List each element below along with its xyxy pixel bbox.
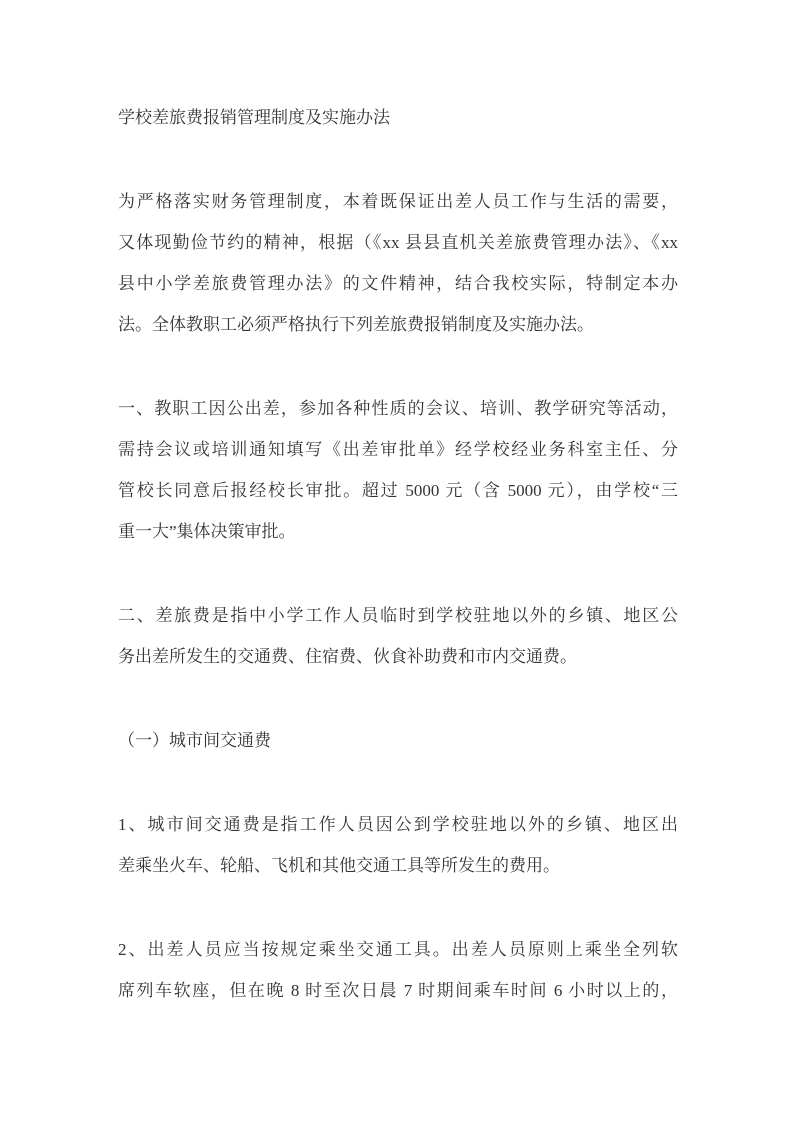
paragraph-line: 席列车软座，但在晚 8 时至次日晨 7 时期间乘车时间 6 小时以上的， [118,970,678,1011]
paragraph-line: 务出差所发生的交通费、住宿费、伙食补助费和市内交通费。 [118,636,678,677]
paragraph-intro: 为严格落实财务管理制度，本着既保证出差人员工作与生活的需要， 又体现勤俭节约的精… [118,181,678,345]
paragraph-line: 二、差旅费是指中小学工作人员临时到学校驻地以外的乡镇、地区公 [118,595,678,636]
paragraph-line: 1、城市间交通费是指工作人员因公到学校驻地以外的乡镇、地区出 [118,804,678,845]
paragraph-line: 县中小学差旅费管理办法》的文件精神，结合我校实际，特制定本办 [118,263,678,304]
paragraph-line: 又体现勤俭节约的精神，根据（《xx 县县直机关差旅费管理办法》、《xx [118,222,678,263]
paragraph-line: 需持会议或培训通知填写《出差审批单》经学校经业务科室主任、分 [118,429,678,470]
document-title-block: 学校差旅费报销管理制度及实施办法 [118,97,678,138]
document-page: 学校差旅费报销管理制度及实施办法 为严格落实财务管理制度，本着既保证出差人员工作… [0,0,793,1122]
paragraph-line: 为严格落实财务管理制度，本着既保证出差人员工作与生活的需要， [118,181,678,222]
paragraph-line: 一、教职工因公出差，参加各种性质的会议、培训、教学研究等活动， [118,388,678,429]
paragraph-line: 差乘坐火车、轮船、飞机和其他交通工具等所发生的费用。 [118,845,678,886]
paragraph-line: 重一大”集体决策审批。 [118,511,678,552]
document-title: 学校差旅费报销管理制度及实施办法 [118,97,678,138]
paragraph-section-2: 二、差旅费是指中小学工作人员临时到学校驻地以外的乡镇、地区公 务出差所发生的交通… [118,595,678,677]
paragraph-item-1: 1、城市间交通费是指工作人员因公到学校驻地以外的乡镇、地区出 差乘坐火车、轮船、… [118,804,678,886]
paragraph-line: 2、出差人员应当按规定乘坐交通工具。出差人员原则上乘坐全列软 [118,929,678,970]
paragraph-line: 法。全体教职工必须严格执行下列差旅费报销制度及实施办法。 [118,304,678,345]
paragraph-section-1: 一、教职工因公出差，参加各种性质的会议、培训、教学研究等活动， 需持会议或培训通… [118,388,678,552]
paragraph-item-2: 2、出差人员应当按规定乘坐交通工具。出差人员原则上乘坐全列软 席列车软座，但在晚… [118,929,678,1011]
paragraph-line: （一）城市间交通费 [118,720,678,761]
paragraph-subheading-city-transport: （一）城市间交通费 [118,720,678,761]
paragraph-line: 管校长同意后报经校长审批。超过 5000 元（含 5000 元），由学校“三 [118,470,678,511]
